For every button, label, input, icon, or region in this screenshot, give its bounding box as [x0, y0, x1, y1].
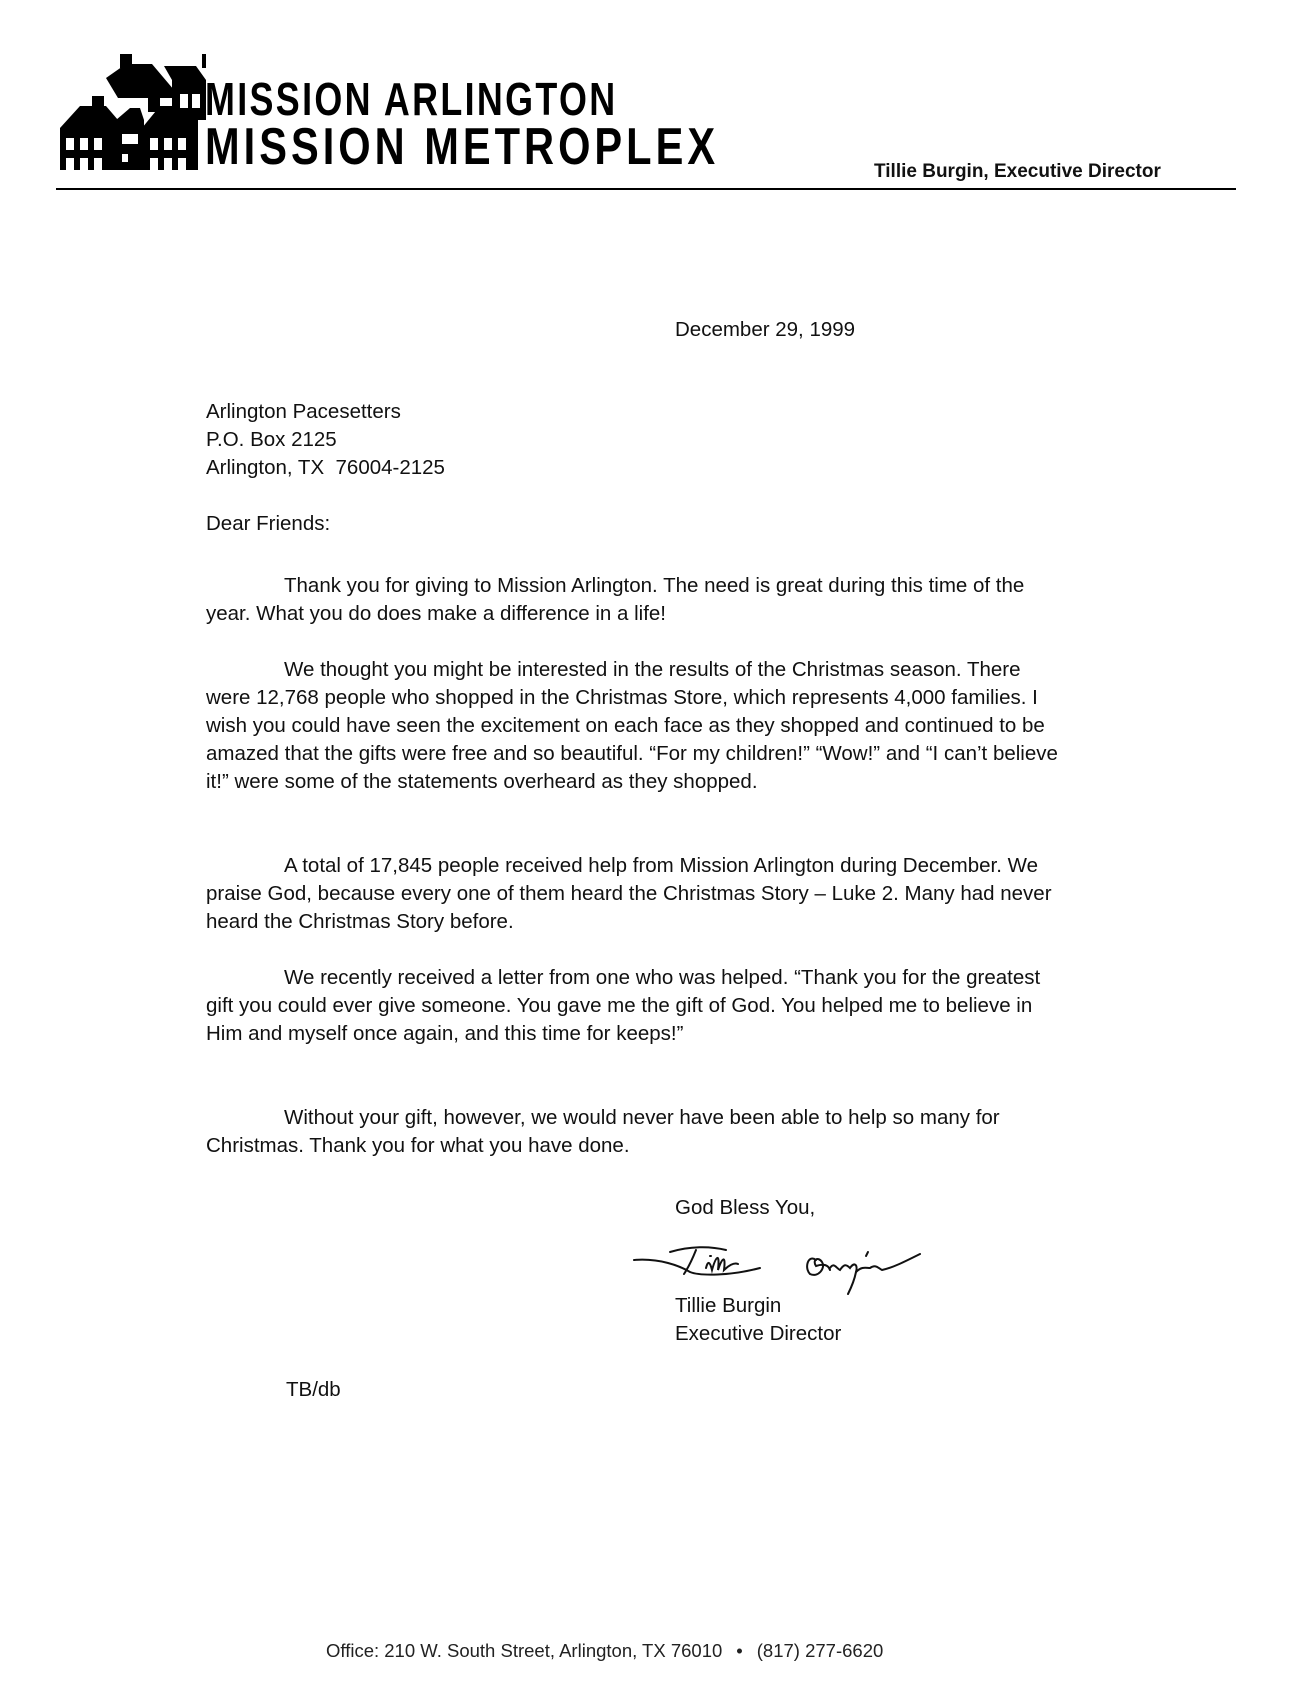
signer-title: Executive Director: [675, 1320, 841, 1348]
footer-phone: (817) 277-6620: [757, 1640, 884, 1661]
letter-date: December 29, 1999: [675, 316, 855, 344]
paragraph: We recently received a letter from one w…: [206, 964, 1066, 1048]
footer: Office: 210 W. South Street, Arlington, …: [326, 1640, 883, 1662]
footer-address: Office: 210 W. South Street, Arlington, …: [326, 1640, 722, 1661]
closing: God Bless You,: [675, 1194, 815, 1222]
header-divider: [56, 188, 1236, 190]
paragraph: A total of 17,845 people received help f…: [206, 852, 1066, 936]
paragraph: We thought you might be interested in th…: [206, 656, 1066, 796]
director-title: Tillie Burgin, Executive Director: [874, 161, 1161, 183]
brand-line-2: MISSION METROPLEX: [205, 121, 719, 173]
recipient-line: Arlington Pacesetters: [206, 398, 445, 426]
paragraph: Without your gift, however, we would nev…: [206, 1104, 1066, 1160]
handwritten-signature-icon: [630, 1238, 940, 1298]
recipient-address: Arlington Pacesetters P.O. Box 2125 Arli…: [206, 398, 445, 482]
houses-logo-icon: [56, 50, 206, 170]
signer-block: Tillie Burgin Executive Director: [675, 1292, 841, 1348]
bullet-separator: •: [736, 1640, 742, 1662]
salutation: Dear Friends:: [206, 510, 330, 538]
brand-line-1: MISSION ARLINGTON: [205, 76, 618, 122]
recipient-line: P.O. Box 2125: [206, 426, 445, 454]
typist-initials: TB/db: [286, 1376, 341, 1404]
recipient-line: Arlington, TX 76004-2125: [206, 454, 445, 482]
paragraph: Thank you for giving to Mission Arlingto…: [206, 572, 1066, 628]
signer-name: Tillie Burgin: [675, 1292, 841, 1320]
